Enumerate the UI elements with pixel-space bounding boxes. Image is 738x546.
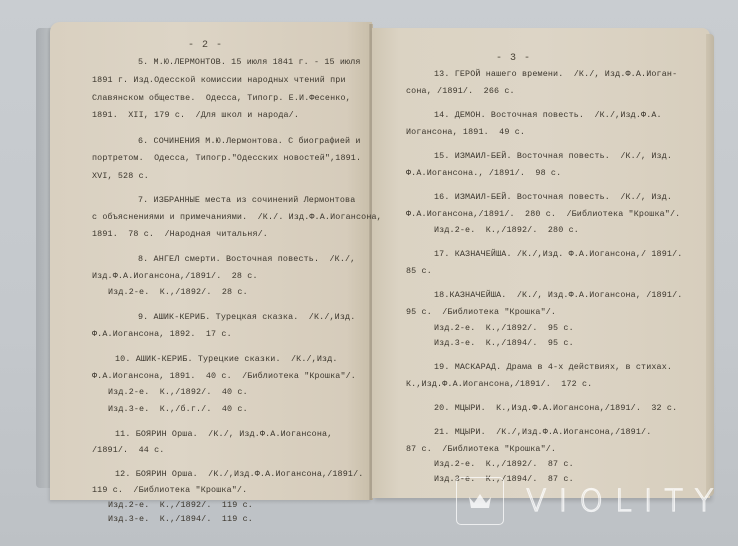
bibliography-line: Славянском обществе. Одесса, Типогр. Е.И… (92, 92, 351, 104)
bibliography-line: с объяснениями и примечаниями. /К./. Изд… (92, 211, 382, 223)
bibliography-line: Изд.2-е. К.,/1892/. 28 с. (108, 286, 248, 298)
bibliography-line: 21. МЦЫРИ. /К./,Изд.Ф.А.Иогансона,/1891/… (434, 426, 651, 438)
bibliography-line: 16. ИЗМАИЛ-БЕЙ. Восточная повесть. /К./,… (434, 191, 672, 203)
bibliography-line: 9. АШИК-КЕРИБ. Турецкая сказка. /К./,Изд… (138, 311, 355, 323)
bibliography-line: 19. МАСКАРАД. Драма в 4-х действиях, в с… (434, 361, 672, 373)
bibliography-line: 85 с. (406, 265, 432, 277)
bibliography-line: Изд.3-е. К.,/1894/. 95 с. (434, 337, 574, 349)
bibliography-line: Ф.А.Иогансона,/1891/. 280 с. /Библиотека… (406, 208, 680, 220)
left-page-number: - 2 - (188, 40, 223, 51)
bibliography-line: 12. БОЯРИН Орша. /К./,Изд.Ф.А.Иогансона,… (115, 468, 363, 480)
bibliography-line: 13. ГЕРОЙ нашего времени. /К./, Изд.Ф.А.… (434, 68, 677, 80)
crown-icon (456, 477, 504, 525)
bibliography-line: Изд.Ф.А.Иогансона,/1891/. 28 с. (92, 270, 258, 282)
bibliography-line: Изд.2-е. К.,/1892/. 95 с. (434, 322, 574, 334)
bibliography-line: Изд.2-е. К.,/1892/. 280 с. (434, 224, 579, 236)
bibliography-line: 1891 г. Изд.Одесской комиссии народных ч… (92, 74, 346, 86)
bibliography-line: 1891. 78 с. /Народная читальня/. (92, 228, 268, 240)
bibliography-line: 15. ИЗМАИЛ-БЕЙ. Восточная повесть. /К./,… (434, 150, 672, 162)
bibliography-line: Иогансона, 1891. 49 с. (406, 126, 525, 138)
bibliography-line: Изд.2-е. К.,/1892/. 40 с. (108, 386, 248, 398)
right-page-number: - 3 - (496, 53, 531, 64)
bibliography-line: 5. М.Ю.ЛЕРМОНТОВ. 15 июля 1841 г. - 15 и… (138, 56, 361, 68)
bibliography-line: 14. ДЕМОН. Восточная повесть. /К./,Изд.Ф… (434, 109, 662, 121)
bibliography-line: 17. КАЗНАЧЕЙША. /К./,Изд. Ф.А.Иогансона,… (434, 248, 682, 260)
watermark-text: VIOLITY (526, 484, 725, 519)
watermark: VIOLITY (456, 476, 725, 526)
bibliography-line: 18.КАЗНАЧЕЙША. /К./, Изд.Ф.А.Иогансона, … (434, 289, 682, 301)
bibliography-line: 95 с. /Библиотека "Крошка"/. (406, 306, 556, 318)
bibliography-line: сона, /1891/. 266 с. (406, 85, 515, 97)
bibliography-line: Ф.А.Иогансона., /1891/. 98 с. (406, 167, 561, 179)
bibliography-line: Изд.3-е. К.,/1894/. 119 с. (108, 513, 253, 525)
bibliography-line: 20. МЦЫРИ. К.,Изд.Ф.А.Иогансона,/1891/. … (434, 402, 677, 414)
bibliography-line: 8. АНГЕЛ смерти. Восточная повесть. /К./… (138, 253, 355, 265)
bibliography-line: 10. АШИК-КЕРИБ. Турецкие сказки. /К./,Из… (115, 353, 338, 365)
bibliography-line: Изд.3-е. К.,/б.г./. 40 с. (108, 403, 248, 415)
bibliography-line: 119 с. /Библиотека "Крошка"/. (92, 484, 247, 496)
right-page-edge (706, 34, 714, 496)
bibliography-line: портретом. Одесса, Типогр."Одесских ново… (92, 152, 361, 164)
bibliography-line: 6. СОЧИНЕНИЯ М.Ю.Лермонтова. С биографие… (138, 135, 361, 147)
bibliography-line: К.,Изд.Ф.А.Иогансона,/1891/. 172 с. (406, 378, 592, 390)
bibliography-line: 7. ИЗБРАННЫЕ места из сочинений Лермонто… (138, 194, 355, 206)
bibliography-line: 11. БОЯРИН Орша. /К./, Изд.Ф.А.Иогансона… (115, 428, 332, 440)
bibliography-line: 87 с. /Библиотека "Крошка"/. (406, 443, 556, 455)
bibliography-line: Ф.А.Иогансона, 1892. 17 с. (92, 328, 232, 340)
bibliography-line: /1891/. 44 с. (92, 444, 164, 456)
bibliography-line: Ф.А.Иогансона, 1891. 40 с. /Библиотека "… (92, 370, 356, 382)
bibliography-line: Изд.2-е. К.,/1892/. 119 с. (108, 499, 253, 511)
bibliography-line: Изд.2-е. К.,/1892/. 87 с. (434, 458, 574, 470)
bibliography-line: XVI, 528 с. (92, 170, 149, 182)
bibliography-line: 1891. XII, 179 с. /Для школ и народа/. (92, 109, 299, 121)
